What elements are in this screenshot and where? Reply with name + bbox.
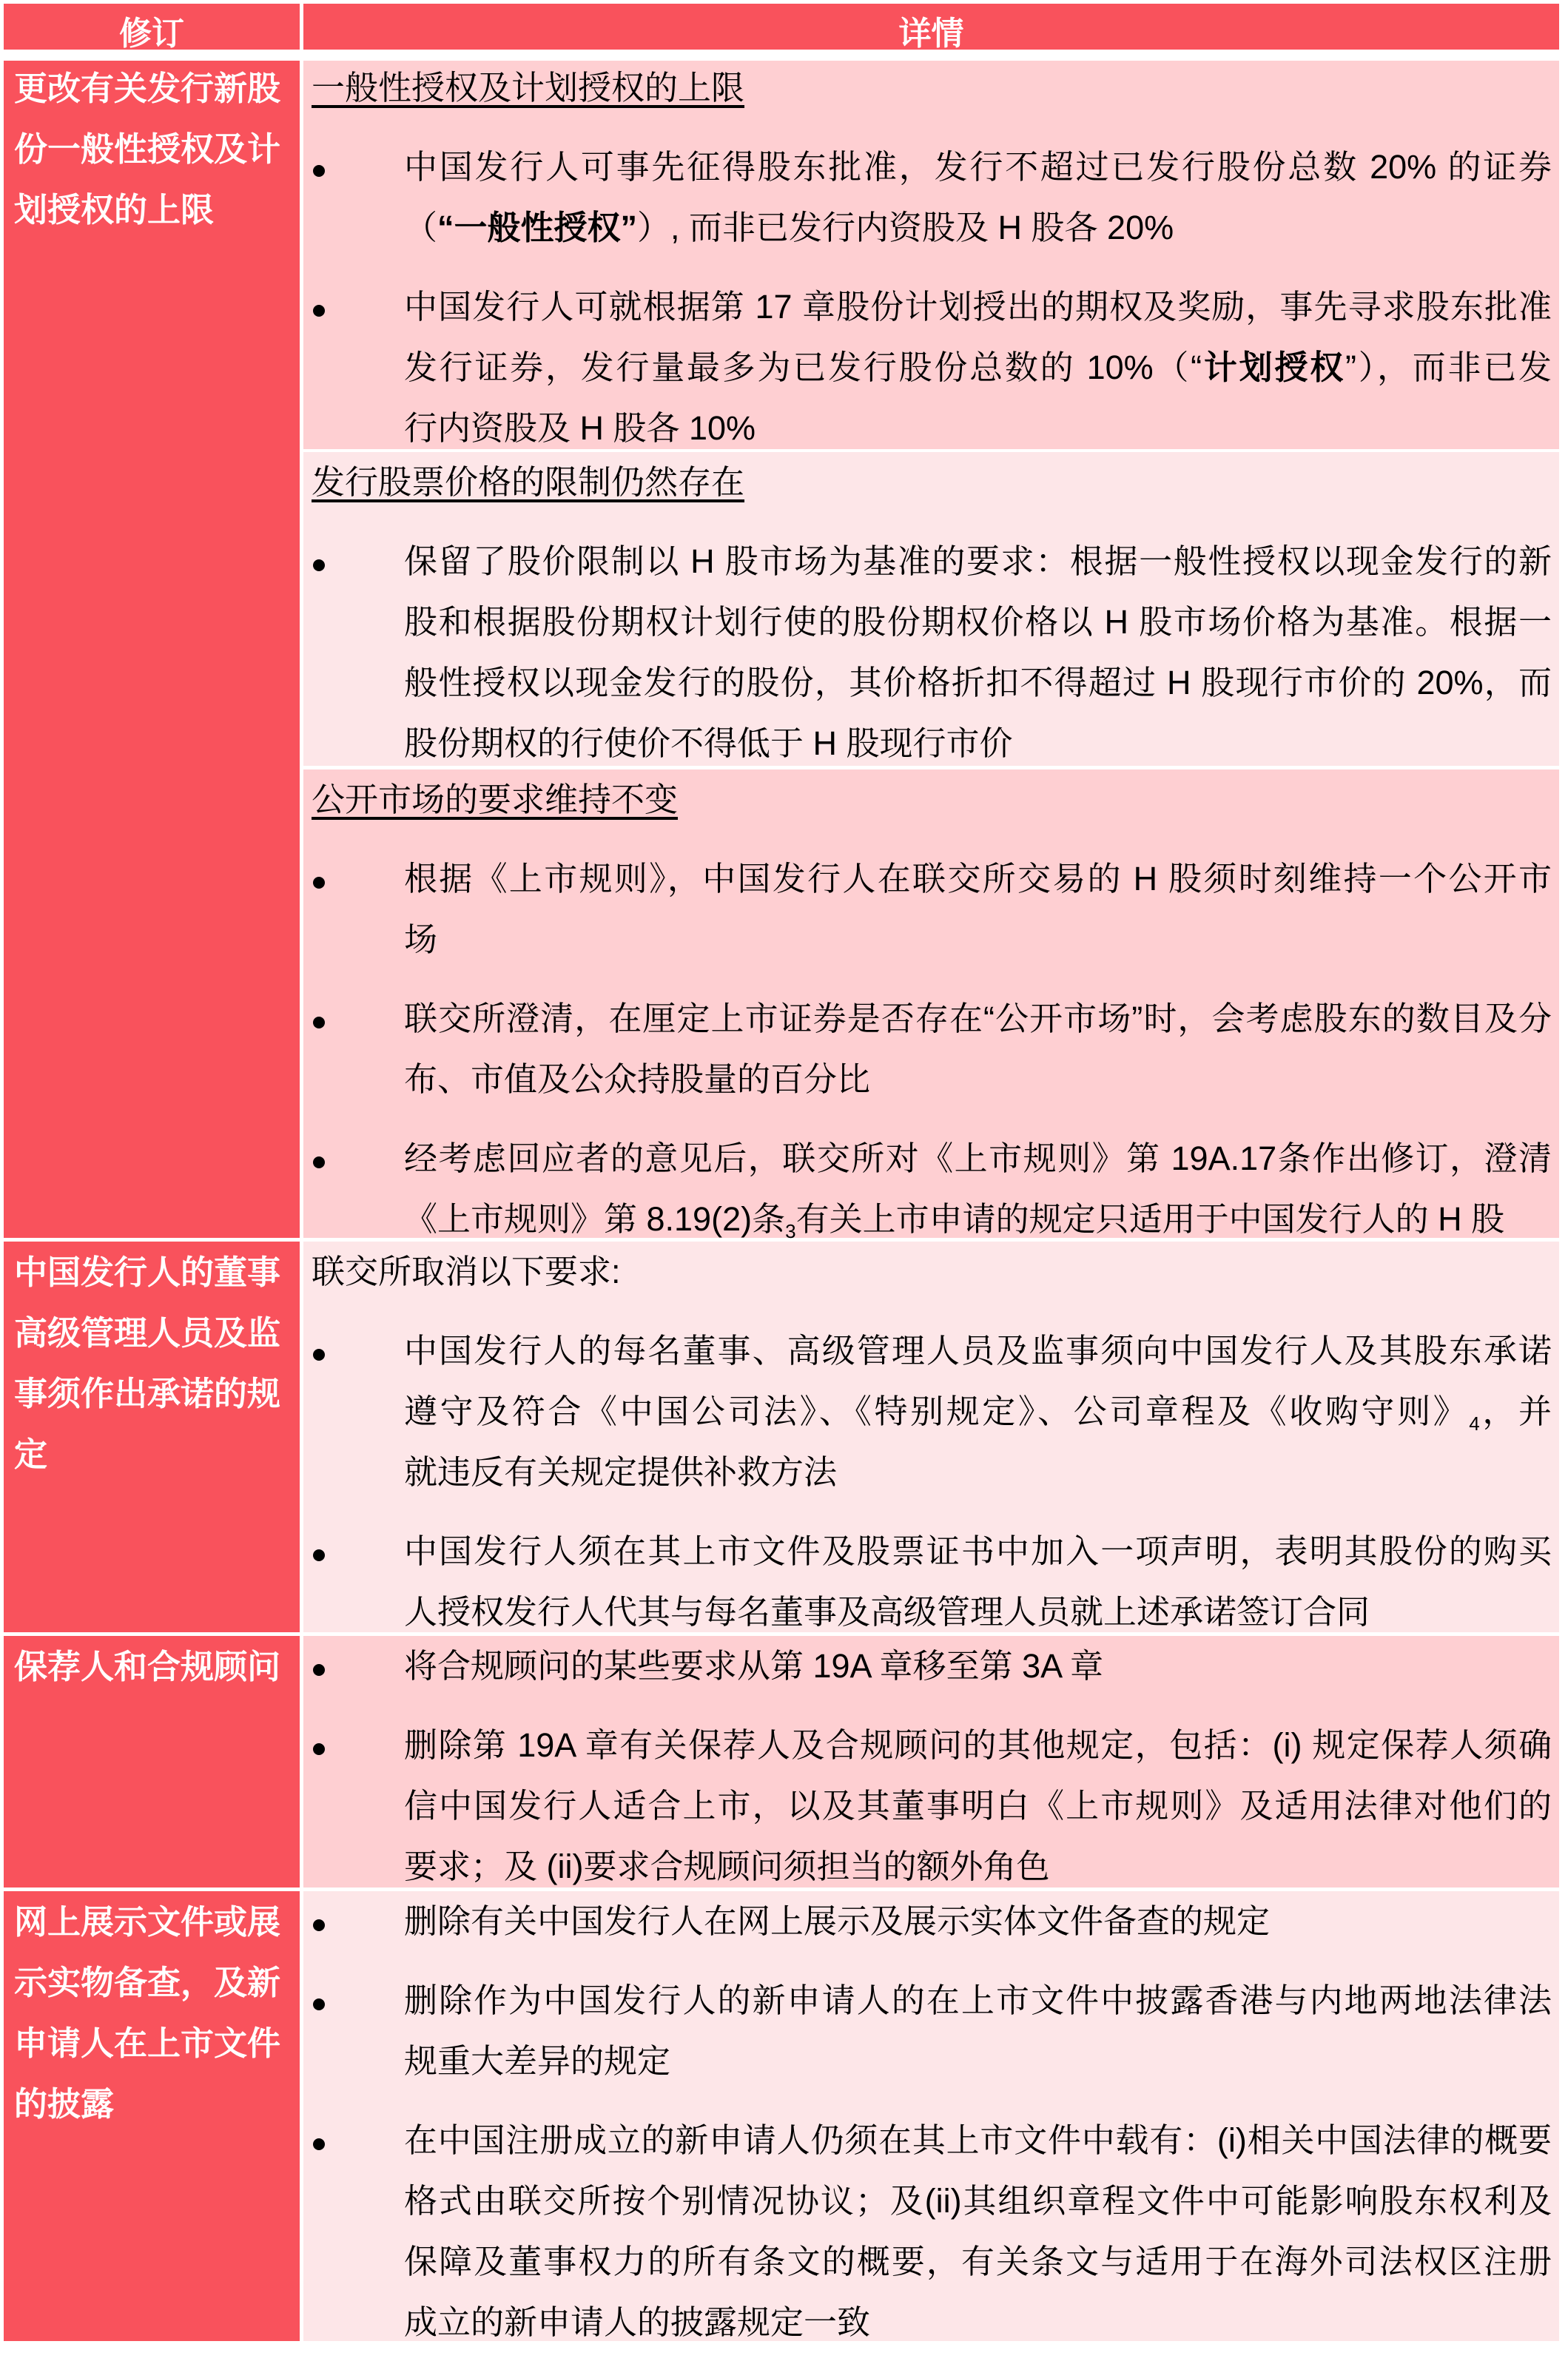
bullet-line: 行内资股及 H 股各 10% <box>404 398 1552 459</box>
revision-label-line: 划授权的上限 <box>14 180 300 240</box>
bullet-line: 在中国注册成立的新申请人仍须在其上市文件中载有：(i)相关中国法律的概要 <box>404 2110 1552 2171</box>
bullet-item: 删除作为中国发行人的新申请人的在上市文件中披露香港与内地两地法律法 规重大差异的… <box>312 1970 1559 2092</box>
bullet-line: 场 <box>404 909 1552 970</box>
text-segment: 有关上市申请的规定只适用于中国发行人的 H 股 <box>796 1200 1505 1238</box>
bullet-icon <box>313 1549 325 1561</box>
bullet-line: （“一般性授权”）, 而非已发行内资股及 H 股各 20% <box>404 198 1552 258</box>
bullet-line: 信中国发行人适合上市，以及其董事明白《上市规则》及适用法律对他们的 <box>404 1776 1552 1836</box>
bullet-line: 保留了股价限制以 H 股市场为基准的要求：根据一般性授权以现金发行的新 <box>404 531 1552 592</box>
bullet-item: 保留了股价限制以 H 股市场为基准的要求：根据一般性授权以现金发行的新 股和根据… <box>312 531 1559 774</box>
bullet-item: 中国发行人可事先征得股东批准，发行不超过已发行股份总数 20% 的证券 （“一般… <box>312 137 1559 258</box>
bullet-icon <box>313 1998 325 2010</box>
details-section: 一般性授权及计划授权的上限 中国发行人可事先征得股东批准，发行不超过已发行股份总… <box>312 58 1559 459</box>
bullet-line: 般性授权以现金发行的股份，其价格折扣不得超过 H 股现行市价的 20%，而 <box>404 653 1552 713</box>
bullet-item: 联交所澄清，在厘定上市证券是否存在“公开市场”时，会考虑股东的数目及分 布、市值… <box>312 989 1559 1110</box>
bullet-line: 中国发行人可就根据第 17 章股份计划授出的期权及奖励，事先寻求股东批准 <box>404 277 1552 337</box>
text-segment: 遵守及符合《中国公司法》、《特别规定》、公司章程及《收购守则》 <box>404 1393 1469 1430</box>
bullet-item: 经考虑回应者的意见后，联交所对《上市规则》第 19A.17条作出修订，澄清 《上… <box>312 1128 1559 1250</box>
bullet-icon <box>313 305 325 317</box>
revision-label-line: 网上展示文件或展 <box>14 1892 300 1953</box>
bullet-icon <box>313 1664 325 1676</box>
bullet-line: 经考虑回应者的意见后，联交所对《上市规则》第 19A.17条作出修订，澄清 <box>404 1128 1552 1189</box>
bullet-item: 中国发行人的每名董事、高级管理人员及监事须向中国发行人及其股东承诺 遵守及符合《… <box>312 1321 1559 1503</box>
revision-label-cell: 保荐人和合规顾问 <box>4 1636 300 1888</box>
bold-term: “一般性授权” <box>437 209 637 246</box>
bullet-line: 股份期权的行使价不得低于 H 股现行市价 <box>404 713 1552 774</box>
bullet-line: 《上市规则》第 8.19(2)条3有关上市申请的规定只适用于中国发行人的 H 股 <box>404 1189 1552 1250</box>
text-segment: （ <box>404 209 437 246</box>
header-revision-label: 修订 <box>119 16 184 50</box>
revision-label-line: 高级管理人员及监 <box>14 1303 300 1364</box>
section-heading: 一般性授权及计划授权的上限 <box>312 69 744 107</box>
bullet-icon <box>313 1743 325 1755</box>
section-heading-wrap: 公开市场的要求维持不变 <box>312 770 1559 830</box>
text-segment: ”），而非已发 <box>1345 348 1552 386</box>
bullet-icon <box>313 1349 325 1361</box>
details-cell: 联交所取消以下要求: 中国发行人的每名董事、高级管理人员及监事须向中国发行人及其… <box>303 1242 1559 1632</box>
bullet-icon <box>313 1156 325 1168</box>
bullet-line: 人授权发行人代其与每名董事及高级管理人员就上述承诺签订合同 <box>404 1582 1552 1643</box>
bullet-line: 删除有关中国发行人在网上展示及展示实体文件备查的规定 <box>404 1891 1552 1952</box>
header-details: 详情 <box>303 4 1559 50</box>
details-cell: 发行股票价格的限制仍然存在 保留了股价限制以 H 股市场为基准的要求：根据一般性… <box>303 452 1559 766</box>
bullet-line: 成立的新申请人的披露规定一致 <box>404 2292 1552 2353</box>
revision-label-line: 定 <box>14 1424 300 1485</box>
bullet-line: 发行证券，发行量最多为已发行股份总数的 10%（“计划授权”），而非已发 <box>404 337 1552 398</box>
text-segment: 发行证券，发行量最多为已发行股份总数的 10%（“ <box>404 348 1202 386</box>
text-segment: ，并 <box>1480 1393 1552 1430</box>
revision-label-cell: 网上展示文件或展 示实物备查，及新 申请人在上市文件 的披露 <box>4 1891 300 2341</box>
bullet-line: 删除第 19A 章有关保荐人及合规顾问的其他规定，包括：(i) 规定保荐人须确 <box>404 1715 1552 1776</box>
intro-text: 联交所取消以下要求: <box>312 1242 1559 1302</box>
bullet-line: 布、市值及公众持股量的百分比 <box>404 1049 1552 1110</box>
footnote-marker: 4 <box>1469 1412 1479 1435</box>
revisions-table: 修订 详情 更改有关发行新股 份一般性授权及计 划授权的上限 一般性授权及计划授… <box>0 0 1568 2364</box>
bullet-line: 中国发行人可事先征得股东批准，发行不超过已发行股份总数 20% 的证券 <box>404 137 1552 198</box>
bullet-line: 删除作为中国发行人的新申请人的在上市文件中披露香港与内地两地法律法 <box>404 1970 1552 2031</box>
bullet-icon <box>313 1017 325 1028</box>
details-cell: 公开市场的要求维持不变 根据《上市规则》，中国发行人在联交所交易的 H 股须时刻… <box>303 770 1559 1238</box>
bullet-line: 根据《上市规则》，中国发行人在联交所交易的 H 股须时刻维持一个公开市 <box>404 849 1552 909</box>
bullet-line: 中国发行人须在其上市文件及股票证书中加入一项声明，表明其股份的购买 <box>404 1521 1552 1582</box>
bullet-item: 删除第 19A 章有关保荐人及合规顾问的其他规定，包括：(i) 规定保荐人须确 … <box>312 1715 1559 1897</box>
revision-label-line: 示实物备查，及新 <box>14 1953 300 2013</box>
section-heading-wrap: 发行股票价格的限制仍然存在 <box>312 452 1559 513</box>
bullet-icon <box>313 2138 325 2150</box>
revision-label-cell: 中国发行人的董事 高级管理人员及监 事须作出承诺的规 定 <box>4 1242 300 1632</box>
bullet-item: 中国发行人可就根据第 17 章股份计划授出的期权及奖励，事先寻求股东批准 发行证… <box>312 277 1559 459</box>
revision-label-line: 保荐人和合规顾问 <box>14 1637 300 1697</box>
revision-label-line: 份一般性授权及计 <box>14 119 300 180</box>
revision-label-line: 更改有关发行新股 <box>14 58 300 119</box>
bullet-item: 根据《上市规则》，中国发行人在联交所交易的 H 股须时刻维持一个公开市 场 <box>312 849 1559 970</box>
bullet-line: 联交所澄清，在厘定上市证券是否存在“公开市场”时，会考虑股东的数目及分 <box>404 989 1552 1049</box>
bullet-icon <box>313 165 325 177</box>
bullet-line: 将合规顾问的某些要求从第 19A 章移至第 3A 章 <box>404 1636 1552 1697</box>
bullet-line: 中国发行人的每名董事、高级管理人员及监事须向中国发行人及其股东承诺 <box>404 1321 1552 1381</box>
details-cell: 删除有关中国发行人在网上展示及展示实体文件备查的规定 删除作为中国发行人的新申请… <box>303 1891 1559 2341</box>
details-cell: 一般性授权及计划授权的上限 中国发行人可事先征得股东批准，发行不超过已发行股份总… <box>303 61 1559 449</box>
revision-label: 更改有关发行新股 份一般性授权及计 划授权的上限 <box>14 58 300 240</box>
revision-label-line: 的披露 <box>14 2074 300 2135</box>
bold-term: 计划授权 <box>1202 348 1345 386</box>
text-segment: 《上市规则》第 8.19(2)条 <box>404 1200 785 1238</box>
bullet-line: 规重大差异的规定 <box>404 2031 1552 2092</box>
bullet-item: 在中国注册成立的新申请人仍须在其上市文件中载有：(i)相关中国法律的概要 格式由… <box>312 2110 1559 2353</box>
header-details-label: 详情 <box>899 16 964 50</box>
bullet-line: 保障及董事权力的所有条文的概要，有关条文与适用于在海外司法权区注册 <box>404 2232 1552 2292</box>
details-cell: 将合规顾问的某些要求从第 19A 章移至第 3A 章 删除第 19A 章有关保荐… <box>303 1636 1559 1888</box>
bullet-line: 就违反有关规定提供补救方法 <box>404 1442 1552 1503</box>
bullet-line: 遵守及符合《中国公司法》、《特别规定》、公司章程及《收购守则》4，并 <box>404 1381 1552 1442</box>
bullet-item: 中国发行人须在其上市文件及股票证书中加入一项声明，表明其股份的购买 人授权发行人… <box>312 1521 1559 1643</box>
revision-label-line: 事须作出承诺的规 <box>14 1364 300 1424</box>
bullet-icon <box>313 877 325 889</box>
bullet-line: 要求；及 (ii)要求合规顾问须担当的额外角色 <box>404 1836 1552 1897</box>
bullet-icon <box>313 559 325 571</box>
revision-label-cell: 更改有关发行新股 份一般性授权及计 划授权的上限 <box>4 61 300 1238</box>
section-heading: 发行股票价格的限制仍然存在 <box>312 463 744 501</box>
section-heading-wrap: 一般性授权及计划授权的上限 <box>312 58 1559 118</box>
text-segment: ）, 而非已发行内资股及 H 股各 20% <box>637 209 1174 246</box>
header-revision: 修订 <box>4 4 300 50</box>
bullet-item: 删除有关中国发行人在网上展示及展示实体文件备查的规定 <box>312 1891 1559 1952</box>
revision-label-line: 中国发行人的董事 <box>14 1242 300 1303</box>
revision-label-line: 申请人在上市文件 <box>14 2013 300 2074</box>
section-heading: 公开市场的要求维持不变 <box>312 781 678 818</box>
bullet-line: 股和根据股份期权计划行使的股份期权价格以 H 股市场价格为基准。根据一 <box>404 592 1552 653</box>
footnote-marker: 3 <box>785 1220 795 1242</box>
bullet-item: 将合规顾问的某些要求从第 19A 章移至第 3A 章 <box>312 1636 1559 1697</box>
bullet-line: 格式由联交所按个别情况协议；及(ii)其组织章程文件中可能影响股东权利及 <box>404 2171 1552 2232</box>
bullet-icon <box>313 1919 325 1931</box>
